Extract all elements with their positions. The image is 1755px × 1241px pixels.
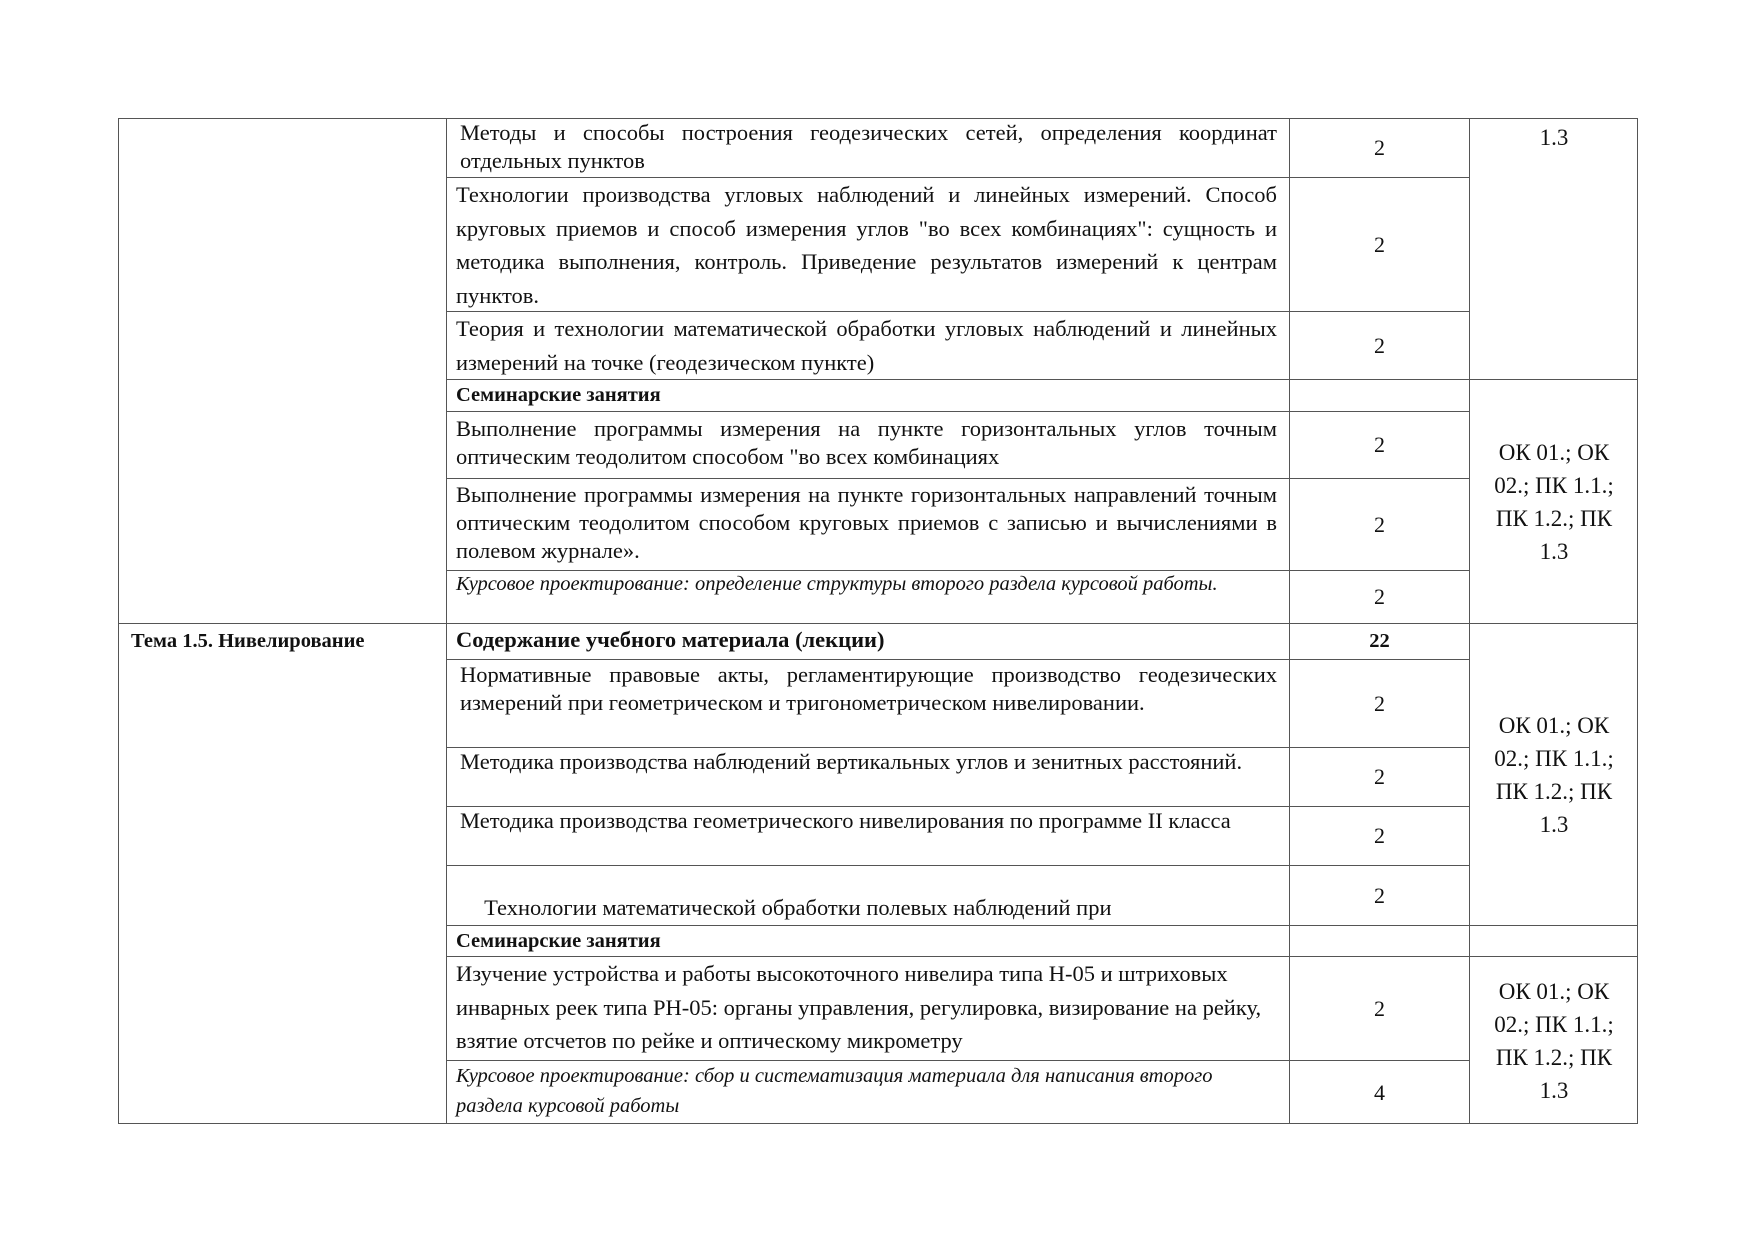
column-divider [1469, 118, 1470, 1124]
hours-cell: 2 [1290, 178, 1469, 311]
row-text: Курсовое проектирование: сбор и системат… [456, 1061, 1236, 1121]
seminar-header: Семинарские занятия [445, 380, 1289, 411]
document-page: Методы и способы построения геодезически… [0, 0, 1755, 1241]
hours-cell: 2 [1290, 412, 1469, 478]
lecture-row: Нормативные правовые акты, регламентирую… [449, 660, 1289, 747]
hours-cell: 22 [1290, 624, 1469, 659]
hours-cell: 2 [1290, 312, 1469, 379]
row-text: Методы и способы построения геодезически… [460, 120, 1277, 173]
lecture-row: Методика производства наблюдений вертика… [449, 748, 1289, 806]
row-text: Теория и технологии математической обраб… [456, 316, 1277, 375]
hours-cell: 2 [1290, 807, 1469, 865]
lecture-row: Методы и способы построения геодезически… [449, 119, 1289, 177]
row-text: Технологии производства угловых наблюден… [456, 182, 1277, 308]
course-project-row: Курсовое проектирование: сбор и системат… [445, 1061, 1289, 1124]
topic-title: Тема 1.5. Нивелирование [119, 624, 445, 658]
competencies-text: ОК 01.; ОК 02.; ПК 1.1.; ПК 1.2.; ПК 1.3 [1480, 975, 1628, 1107]
competencies-cell: ОК 01.; ОК 02.; ПК 1.1.; ПК 1.2.; ПК 1.3 [1480, 380, 1628, 623]
hours-cell: 2 [1290, 479, 1469, 570]
hours-cell: 2 [1290, 957, 1469, 1060]
seminar-row: Выполнение программы измерения на пункте… [445, 412, 1289, 478]
row-text: Выполнение программы измерения на пункте… [456, 482, 1277, 563]
hours-cell: 2 [1290, 119, 1469, 177]
content-header-label: Содержание учебного материала [456, 627, 789, 652]
hours-cell: 4 [1290, 1061, 1469, 1124]
seminar-row: Выполнение программы измерения на пункте… [445, 479, 1289, 570]
hours-cell: 2 [1290, 866, 1469, 925]
seminar-row: Изучение устройства и работы высокоточно… [445, 957, 1289, 1060]
lecture-row: Технологии производства угловых наблюден… [445, 178, 1289, 311]
lecture-row: Методика производства геометрического ни… [449, 807, 1289, 865]
competencies-cell: ОК 01.; ОК 02.; ПК 1.1.; ПК 1.2.; ПК 1.3 [1480, 624, 1628, 925]
competencies-text: ОК 01.; ОК 02.; ПК 1.1.; ПК 1.2.; ПК 1.3 [1480, 709, 1628, 841]
hours-cell: 2 [1290, 748, 1469, 806]
row-text: Технологии математической обработки поле… [479, 894, 1169, 925]
lecture-row: Теория и технологии математической обраб… [445, 312, 1289, 379]
competencies-cell: ОК 01.; ОК 02.; ПК 1.1.; ПК 1.2.; ПК 1.3 [1480, 957, 1628, 1124]
competencies-cell: 1.3 [1470, 119, 1638, 159]
row-text: Выполнение программы измерения на пункте… [456, 416, 1277, 469]
hours-cell: 2 [1290, 571, 1469, 623]
row-text: Нормативные правовые акты, регламентирую… [460, 662, 1277, 715]
seminar-header: Семинарские занятия [445, 926, 1289, 956]
course-project-row: Курсовое проектирование: определение стр… [445, 571, 1289, 623]
row-text: Методика производства геометрического ни… [460, 808, 1231, 833]
content-header: Содержание учебного материала (лекции) [445, 624, 1289, 659]
content-header-suffix: (лекции) [795, 627, 884, 652]
lecture-row: Технологии математической обработки поле… [445, 866, 1289, 925]
row-text: Изучение устройства и работы высокоточно… [456, 957, 1277, 1058]
row-text: Курсовое проектирование: определение стр… [456, 573, 1218, 595]
competencies-text: ОК 01.; ОК 02.; ПК 1.1.; ПК 1.2.; ПК 1.3 [1480, 436, 1628, 568]
hours-cell: 2 [1290, 660, 1469, 747]
row-text: Методика производства наблюдений вертика… [460, 749, 1242, 774]
